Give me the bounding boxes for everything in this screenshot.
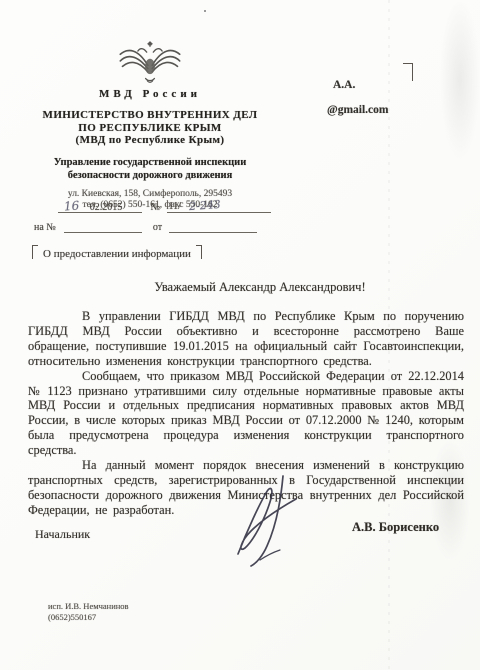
scan-smudge <box>440 0 480 160</box>
reply-reference-line: на № от <box>34 219 257 233</box>
ministry-line: МИНИСТЕРСТВО ВНУТРЕННИХ ДЕЛ <box>28 109 272 122</box>
executor-footer: исп. И.В. Немчанинов (0652)550167 <box>48 601 129 622</box>
address-line: ул. Киевская, 158, Симферополь, 295493 <box>28 189 272 200</box>
body-paragraph: Сообщаем, что приказом МВД Российской Фе… <box>28 369 464 458</box>
handwritten-number: 2-243 <box>189 198 222 213</box>
executor-name: исп. И.В. Немчанинов <box>48 601 129 612</box>
reply-number-blank <box>64 219 142 233</box>
ministry-line: (МВД по Республике Крым) <box>28 134 272 147</box>
org-name-small: МВД России <box>28 88 272 100</box>
addressee-initials: А.А. <box>333 79 355 91</box>
right-corner-bracket <box>196 245 202 259</box>
division-line: Управление государственной инспекции <box>28 156 272 169</box>
executor-phone: (0652)550167 <box>48 612 129 623</box>
handwritten-day: 16 <box>64 198 80 213</box>
outgoing-reference-line: 16 02.2015 № 11/2-243 <box>58 199 271 213</box>
printed-month-year: 02.2015 <box>90 202 123 213</box>
ministry-name: МИНИСТЕРСТВО ВНУТРЕННИХ ДЕЛ ПО РЕСПУБЛИК… <box>28 109 272 147</box>
reply-label: на № <box>34 222 56 233</box>
addressee-email: @gmail.com <box>327 104 388 116</box>
printed-number-prefix: 11/ <box>169 201 181 212</box>
addressee-corner-bracket <box>403 63 413 81</box>
division-name: Управление государственной инспекции без… <box>28 156 272 182</box>
subject-line: О предоставлении информации <box>32 245 202 260</box>
outgoing-number-field: 11/2-243 <box>167 199 271 213</box>
salutation: Уважаемый Александр Александрович! <box>60 280 460 295</box>
number-sign: № <box>151 202 161 213</box>
date-field: 16 02.2015 <box>58 199 142 213</box>
signatory-title: Начальник <box>35 527 90 542</box>
reply-date-blank <box>169 219 257 233</box>
reply-from-label: от <box>153 222 162 233</box>
subject-text: О предоставлении информации <box>43 248 191 260</box>
left-corner-bracket <box>32 245 38 259</box>
division-line: безопасности дорожного движения <box>28 169 272 182</box>
dust-speck <box>204 10 206 12</box>
handwritten-signature-icon <box>220 474 312 572</box>
scanned-letter-page: МВД России МИНИСТЕРСТВО ВНУТРЕННИХ ДЕЛ П… <box>0 0 480 670</box>
body-paragraph: В управлении ГИБДД МВД по Республике Кры… <box>28 309 464 369</box>
letterhead: МВД России МИНИСТЕРСТВО ВНУТРЕННИХ ДЕЛ П… <box>28 40 272 211</box>
ministry-line: ПО РЕСПУБЛИКЕ КРЫМ <box>28 122 272 135</box>
mvd-double-headed-eagle-icon <box>117 40 183 84</box>
signatory-name: А.В. Борисенко <box>352 520 462 535</box>
